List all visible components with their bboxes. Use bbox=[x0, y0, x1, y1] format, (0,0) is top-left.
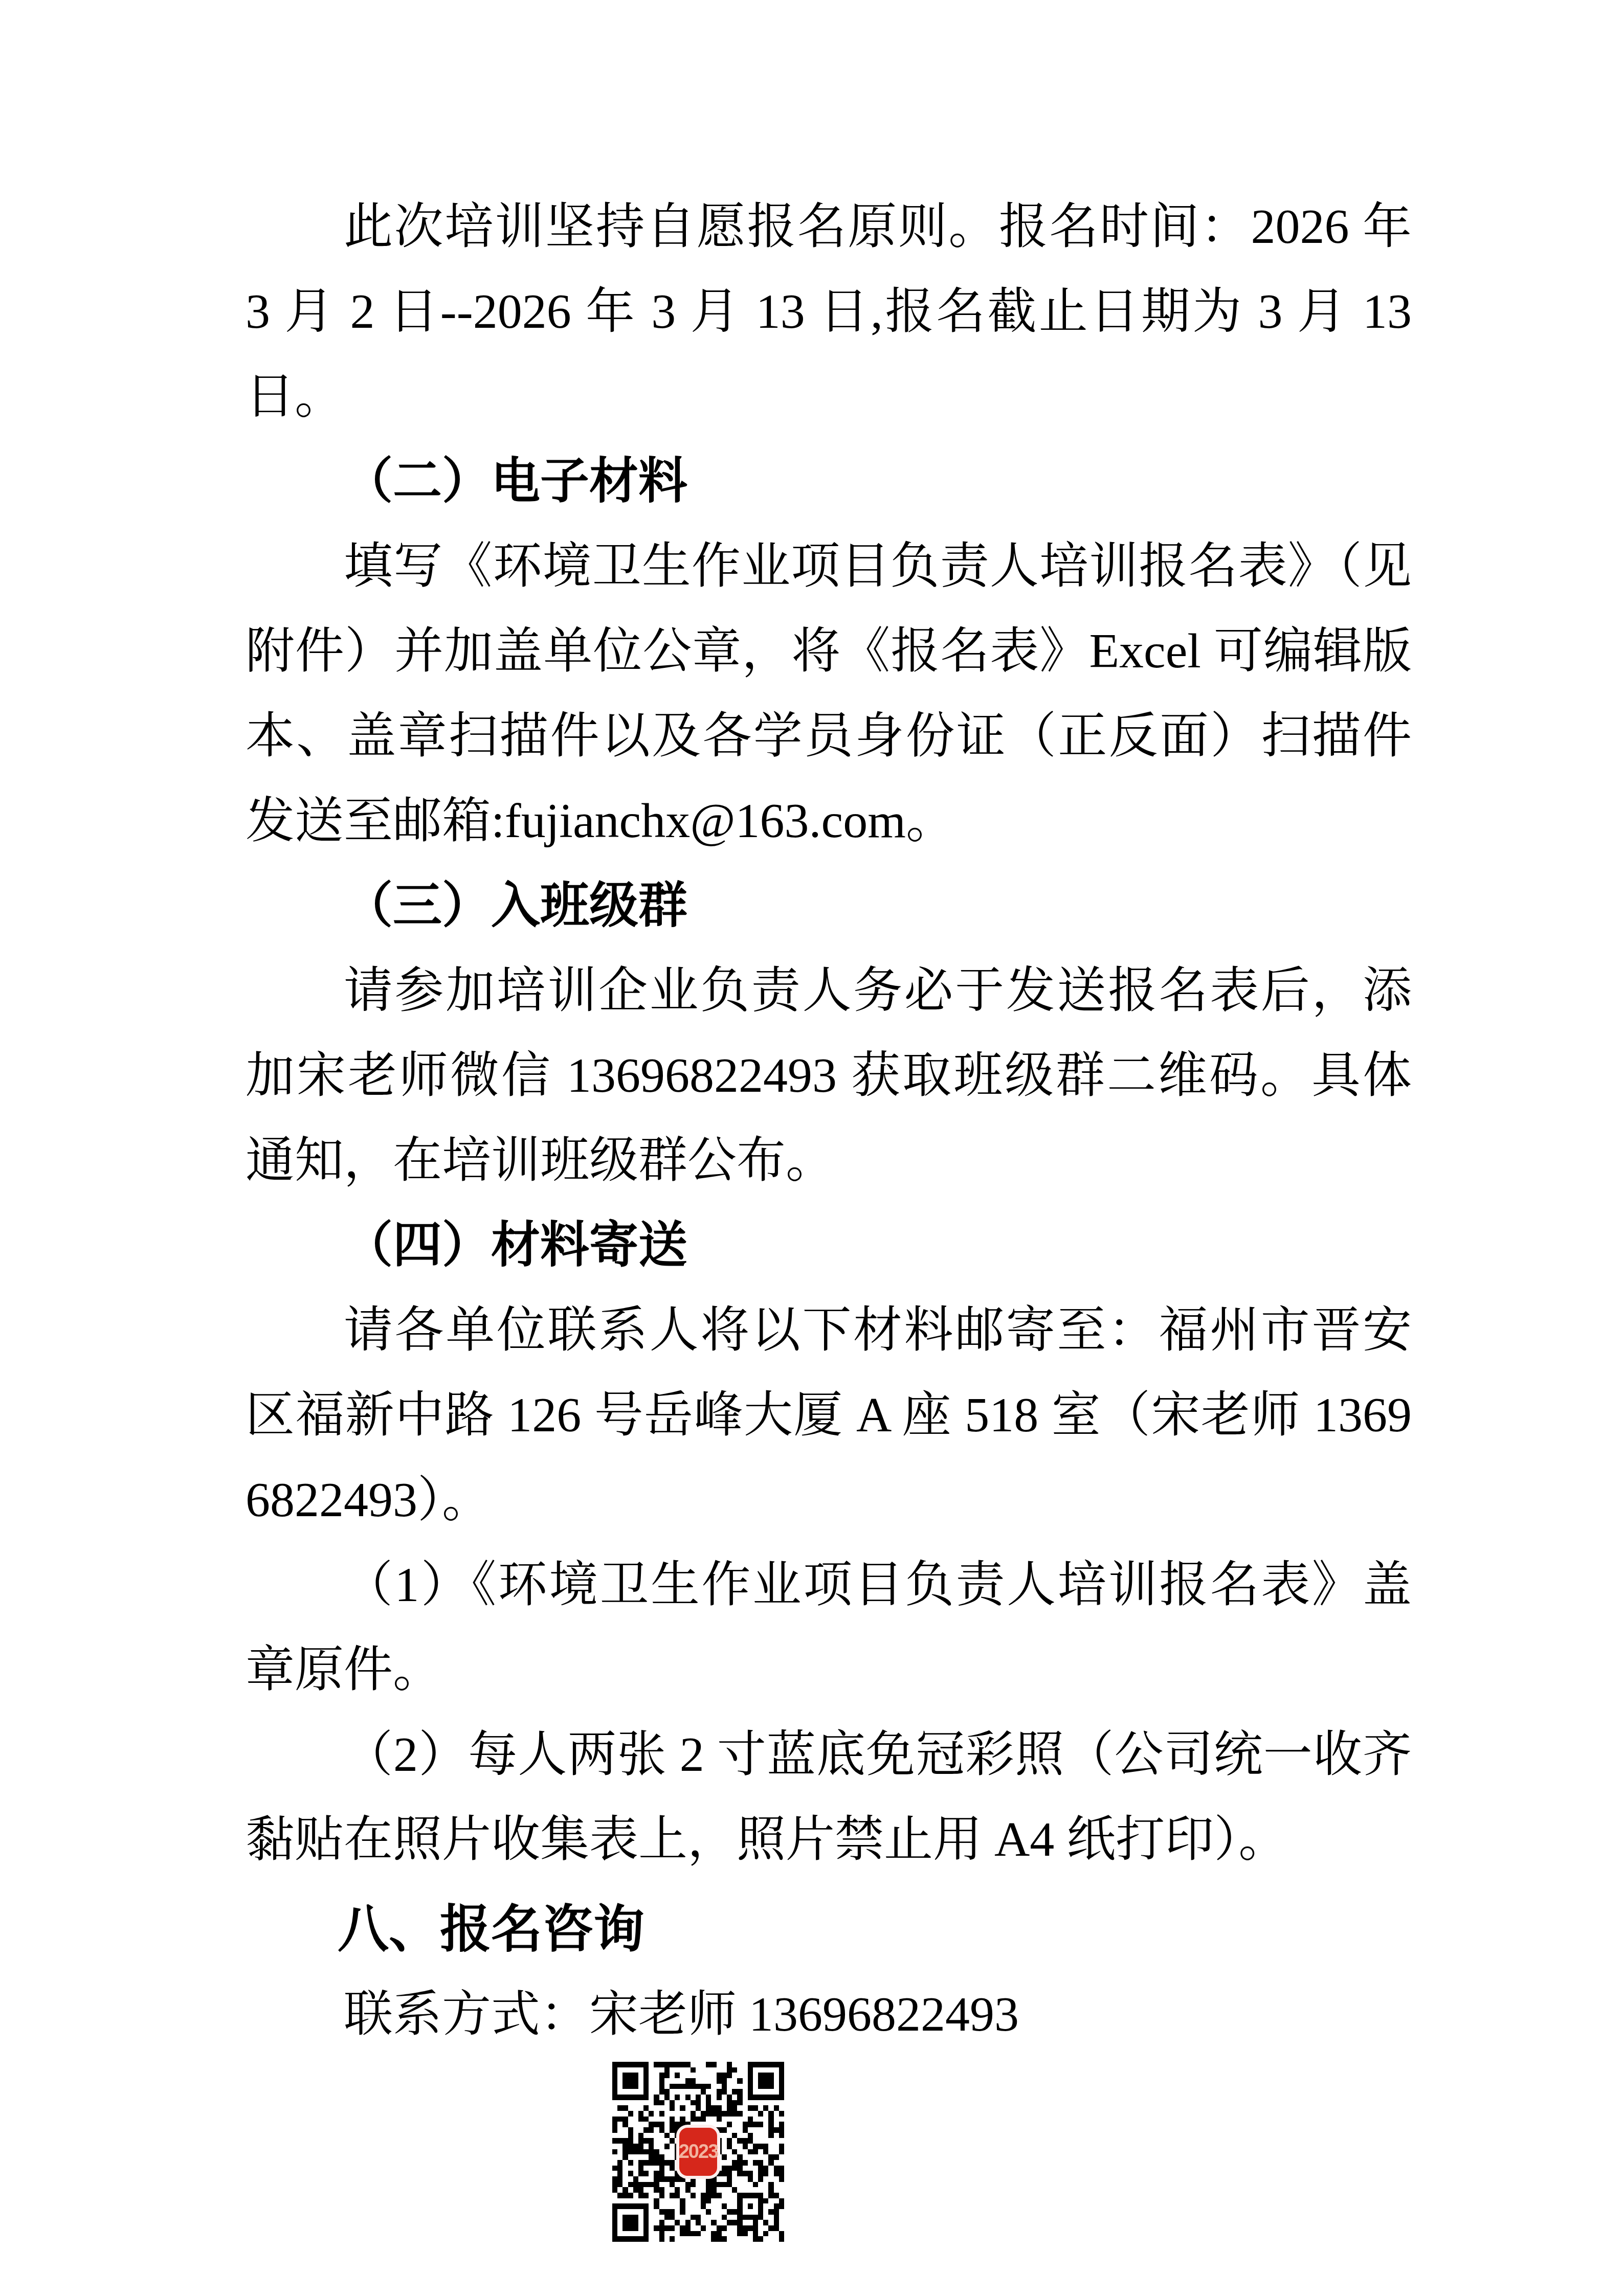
heading-join-class-group: （三）入班级群 bbox=[246, 863, 1412, 948]
qr-badge-text: 2023 bbox=[679, 2141, 718, 2163]
document-body: 此次培训坚持自愿报名原则。报名时间：2026 年 3 月 2 日--2026 年… bbox=[0, 0, 1624, 2057]
document-page: 此次培训坚持自愿报名原则。报名时间：2026 年 3 月 2 日--2026 年… bbox=[0, 0, 1624, 2296]
paragraph-contact-info: 联系方式：宋老师 13696822493 bbox=[246, 1972, 1412, 2057]
paragraph-material-mailing: 请各单位联系人将以下材料邮寄至：福州市晋安区福新中路 126 号岳峰大厦 A 座… bbox=[246, 1288, 1412, 1542]
heading-material-mailing: （四）材料寄送 bbox=[246, 1203, 1412, 1288]
paragraph-registration-time: 此次培训坚持自愿报名原则。报名时间：2026 年 3 月 2 日--2026 年… bbox=[246, 184, 1412, 439]
paragraph-mailed-item-2: （2）每人两张 2 寸蓝底免冠彩照（公司统一收齐黏贴在照片收集表上，照片禁止用 … bbox=[246, 1712, 1412, 1882]
paragraph-electronic-materials: 填写《环境卫生作业项目负责人培训报名表》（见附件）并加盖单位公章，将《报名表》E… bbox=[246, 524, 1412, 863]
paragraph-mailed-item-1: （1）《环境卫生作业项目负责人培训报名表》盖章原件。 bbox=[246, 1542, 1412, 1712]
heading-electronic-materials: （二）电子材料 bbox=[246, 439, 1412, 524]
paragraph-join-class-group: 请参加培训企业负责人务必于发送报名表后，添加宋老师微信 13696822493 … bbox=[246, 948, 1412, 1203]
qr-code: 2023 bbox=[612, 2062, 784, 2242]
heading-registration-consultation: 八、报名咨询 bbox=[246, 1887, 1412, 1972]
qr-badge: 2023 bbox=[676, 2125, 720, 2179]
